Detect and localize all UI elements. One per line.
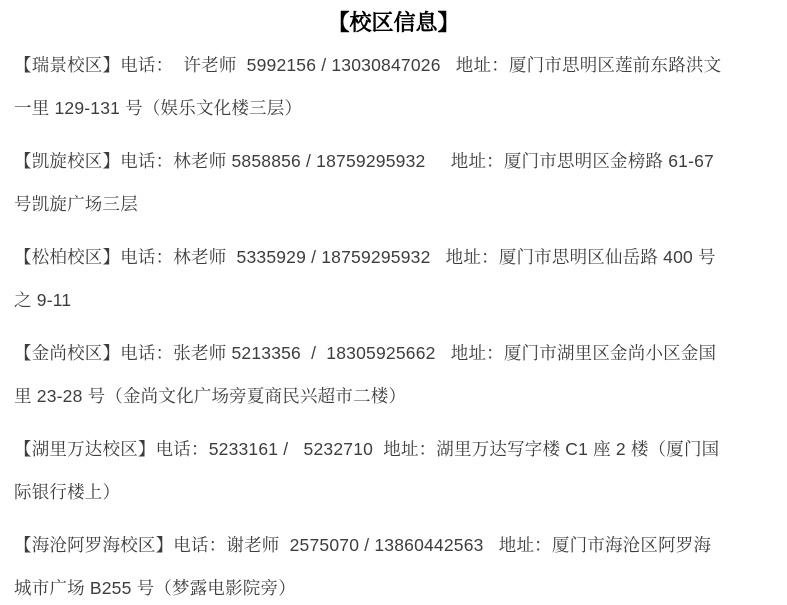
campus-entry-line: 【瑞景校区】电话： 许老师 5992156 / 13030847026 地址：厦… [14, 44, 773, 87]
campus-entry-line: 际银行楼上） [14, 471, 773, 514]
campus-entry-kaixuan: 【凯旋校区】电话：林老师 5858856 / 18759295932 地址：厦门… [14, 140, 773, 226]
campus-entry-line: 【海沧阿罗海校区】电话：谢老师 2575070 / 13860442563 地址… [14, 524, 773, 567]
campus-entry-line: 城市广场 B255 号（梦露电影院旁） [14, 567, 773, 605]
campus-entry-line: 【湖里万达校区】电话：5233161 / 5232710 地址：湖里万达写字楼 … [14, 428, 773, 471]
campus-entry-line: 一里 129-131 号（娱乐文化楼三层） [14, 87, 773, 130]
campus-entry-line: 【金尚校区】电话：张老师 5213356 / 18305925662 地址：厦门… [14, 332, 773, 375]
campus-entry-line: 号凯旋广场三层 [14, 183, 773, 226]
campus-entry-haicang-aluohai: 【海沧阿罗海校区】电话：谢老师 2575070 / 13860442563 地址… [14, 524, 773, 605]
campus-entry-ruijing: 【瑞景校区】电话： 许老师 5992156 / 13030847026 地址：厦… [14, 44, 773, 130]
campus-info-document: 【校区信息】 【瑞景校区】电话： 许老师 5992156 / 130308470… [0, 0, 787, 605]
campus-entry-line: 【凯旋校区】电话：林老师 5858856 / 18759295932 地址：厦门… [14, 140, 773, 183]
campus-entry-jinshang: 【金尚校区】电话：张老师 5213356 / 18305925662 地址：厦门… [14, 332, 773, 418]
campus-entry-line: 【松柏校区】电话：林老师 5335929 / 18759295932 地址：厦门… [14, 236, 773, 279]
campus-entry-huli-wanda: 【湖里万达校区】电话：5233161 / 5232710 地址：湖里万达写字楼 … [14, 428, 773, 514]
campus-entry-line: 里 23-28 号（金尚文化广场旁夏商民兴超市二楼） [14, 375, 773, 418]
campus-entry-line: 之 9-11 [14, 279, 773, 322]
campus-entry-songbai: 【松柏校区】电话：林老师 5335929 / 18759295932 地址：厦门… [14, 236, 773, 322]
page-title: 【校区信息】 [14, 8, 773, 38]
